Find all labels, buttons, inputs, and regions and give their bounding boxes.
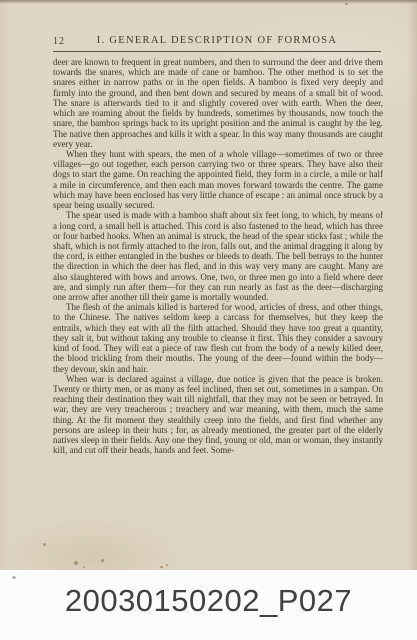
paper-speck (12, 576, 16, 579)
paragraph: The spear used is made with a bamboo sha… (53, 210, 383, 302)
page-body: deer are known to frequent in great numb… (53, 57, 383, 456)
paper-speck (166, 564, 168, 566)
paper-speck (83, 566, 85, 568)
paper-speck (74, 561, 78, 565)
paper-speck (101, 559, 104, 562)
paragraph: deer are known to frequent in great numb… (53, 57, 383, 149)
paper-speck (160, 566, 163, 568)
running-title: I. GENERAL DESCRIPTION OF FORMOSA (53, 35, 381, 46)
paper-speck (43, 543, 46, 546)
page-number: 12 (53, 36, 65, 47)
paragraph: The flesh of the animals killed is barte… (53, 302, 383, 374)
scan-id-bar: 20030150202_P027 (0, 570, 417, 640)
paper-speck (345, 3, 348, 5)
page-header: 12 I. GENERAL DESCRIPTION OF FORMOSA (53, 35, 381, 49)
header-rule (53, 51, 381, 52)
paragraph: When war is declared against a village, … (53, 374, 383, 456)
paragraph: When they hunt with spears, the men of a… (53, 149, 383, 210)
scan-id-label: 20030150202_P027 (65, 583, 352, 619)
scanned-book-page: 12 I. GENERAL DESCRIPTION OF FORMOSA dee… (0, 0, 417, 640)
